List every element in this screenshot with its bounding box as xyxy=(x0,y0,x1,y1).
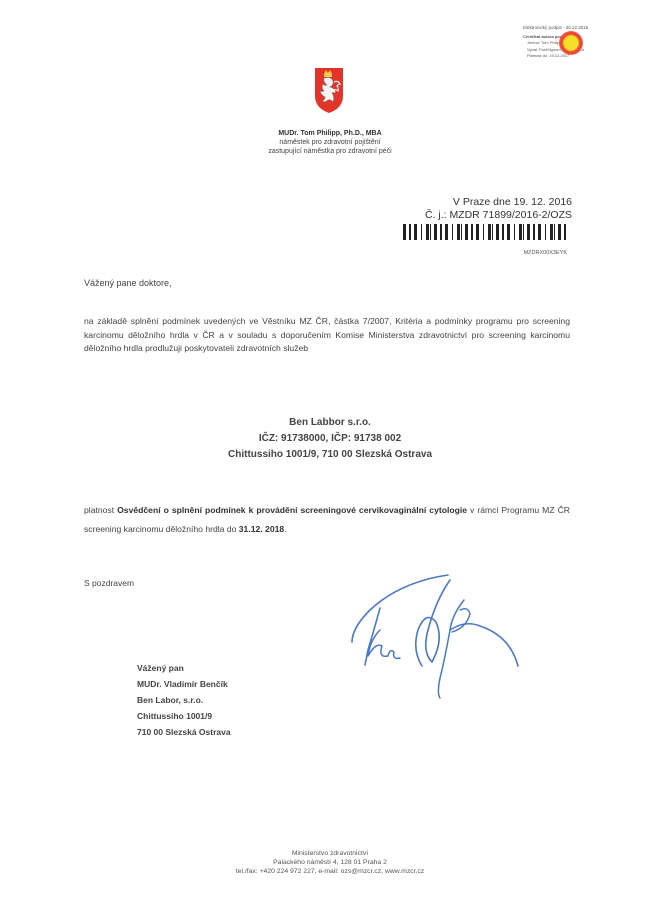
signature-icon xyxy=(340,570,530,700)
footer-org: Ministerstvo zdravotnictví xyxy=(160,849,500,858)
validity-end: . xyxy=(284,524,286,534)
place-date: V Praze dne 19. 12. 2016 xyxy=(392,196,572,209)
sender-title: náměstek pro zdravotní pojištění xyxy=(200,138,460,147)
body-paragraph: na základě splnění podmínek uvedených ve… xyxy=(84,315,570,356)
validity-prefix: platnost xyxy=(84,505,117,515)
validity-paragraph: platnost Osvědčení o splnění podmínek k … xyxy=(84,501,570,539)
addressee-salutation: Vážený pan xyxy=(137,660,231,676)
company-ids: IČZ: 91738000, IČP: 91738 002 xyxy=(190,431,470,447)
barcode-code: MZDRX00X3EYK xyxy=(392,250,567,256)
case-number: Č. j.: MZDR 71899/2016-2/OZS xyxy=(392,209,572,222)
closing: S pozdravem xyxy=(84,578,134,588)
footer-address: Palackého náměstí 4, 128 01 Praha 2 xyxy=(160,858,500,867)
footer: Ministerstvo zdravotnictví Palackého nám… xyxy=(160,849,500,876)
barcode-icon xyxy=(403,224,567,240)
sender-header: MUDr. Tom Philipp, Ph.D., MBA náměstek p… xyxy=(200,129,460,156)
addressee-company: Ben Labor, s.r.o. xyxy=(137,692,231,708)
company-name: Ben Labbor s.r.o. xyxy=(190,415,470,431)
addressee-block: Vážený pan MUDr. Vladimír Benčík Ben Lab… xyxy=(137,660,231,740)
certificate-name: Osvědčení o splnění podmínek k provádění… xyxy=(117,505,467,515)
seal-icon xyxy=(559,31,583,55)
company-block: Ben Labbor s.r.o. IČZ: 91738000, IČP: 91… xyxy=(190,415,470,463)
validity-date: 31.12. 2018 xyxy=(239,524,284,534)
sender-title-deputy: zastupující náměstka pro zdravotní péči xyxy=(200,147,460,156)
addressee-city: 710 00 Slezská Ostrava xyxy=(137,724,231,740)
sender-name: MUDr. Tom Philipp, Ph.D., MBA xyxy=(200,129,460,138)
coat-of-arms-icon xyxy=(314,66,344,114)
company-address: Chittussiho 1001/9, 710 00 Slezská Ostra… xyxy=(190,447,470,463)
addressee-name: MUDr. Vladimír Benčík xyxy=(137,676,231,692)
reference-block: V Praze dne 19. 12. 2016 Č. j.: MZDR 718… xyxy=(392,196,572,222)
addressee-street: Chittussiho 1001/9 xyxy=(137,708,231,724)
footer-contact: tel./fax: +420 224 972 227, e-mail: ozs@… xyxy=(160,867,500,876)
greeting: Vážený pane doktore, xyxy=(84,278,172,288)
